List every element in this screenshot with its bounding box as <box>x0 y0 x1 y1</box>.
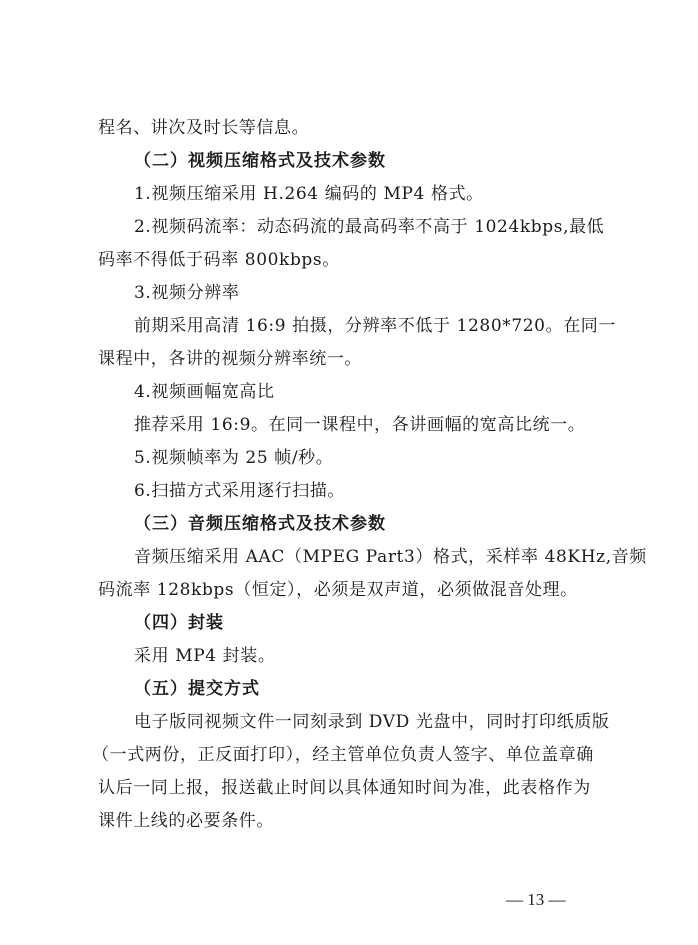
paragraph-line: 电子版同视频文件一同刻录到 DVD 光盘中，同时打印纸质版 <box>134 710 609 734</box>
section-heading-video-compression: （二）视频压缩格式及技术参数 <box>134 149 386 173</box>
paragraph-line: 课程中，各讲的视频分辨率统一。 <box>98 347 362 371</box>
paragraph-line: 码率不得低于码率 800kbps。 <box>98 248 340 272</box>
paragraph-line: 音频压缩采用 AAC（MPEG Part3）格式，采样率 48KHz,音频 <box>134 545 647 569</box>
paragraph-line: 认后一同上报，报送截止时间以具体通知时间为准，此表格作为 <box>98 776 591 800</box>
list-item-4: 4.视频画幅宽高比 <box>134 380 275 404</box>
paragraph-line: （一式两份，正反面打印），经主管单位负责人签字、单位盖章确 <box>92 743 594 767</box>
list-item-6: 6.扫描方式采用逐行扫描。 <box>134 479 345 503</box>
list-item-2: 2.视频码流率：动态码流的最高码率不高于 1024kbps,最低 <box>134 215 604 239</box>
section-heading-packaging: （四）封装 <box>134 611 224 635</box>
paragraph-line: 采用 MP4 封装。 <box>134 644 275 668</box>
list-item-5: 5.视频帧率为 25 帧/秒。 <box>134 446 333 470</box>
paragraph-line: 码流率 128kbps（恒定），必须是双声道，必须做混音处理。 <box>98 578 578 602</box>
list-item-3: 3.视频分辨率 <box>134 281 239 305</box>
paragraph-line: 程名、讲次及时长等信息。 <box>98 116 309 140</box>
section-heading-audio-compression: （三）音频压缩格式及技术参数 <box>134 512 386 536</box>
section-heading-submission: （五）提交方式 <box>134 677 260 701</box>
paragraph-line: 前期采用高清 16:9 拍摄，分辨率不低于 1280*720。在同一 <box>134 314 616 338</box>
paragraph-line: 课件上线的必要条件。 <box>98 809 274 833</box>
page-number: — 13 — <box>506 888 566 912</box>
list-item-1: 1.视频压缩采用 H.264 编码的 MP4 格式。 <box>134 182 484 206</box>
paragraph-line: 推荐采用 16:9。在同一课程中，各讲画幅的宽高比统一。 <box>134 413 585 437</box>
